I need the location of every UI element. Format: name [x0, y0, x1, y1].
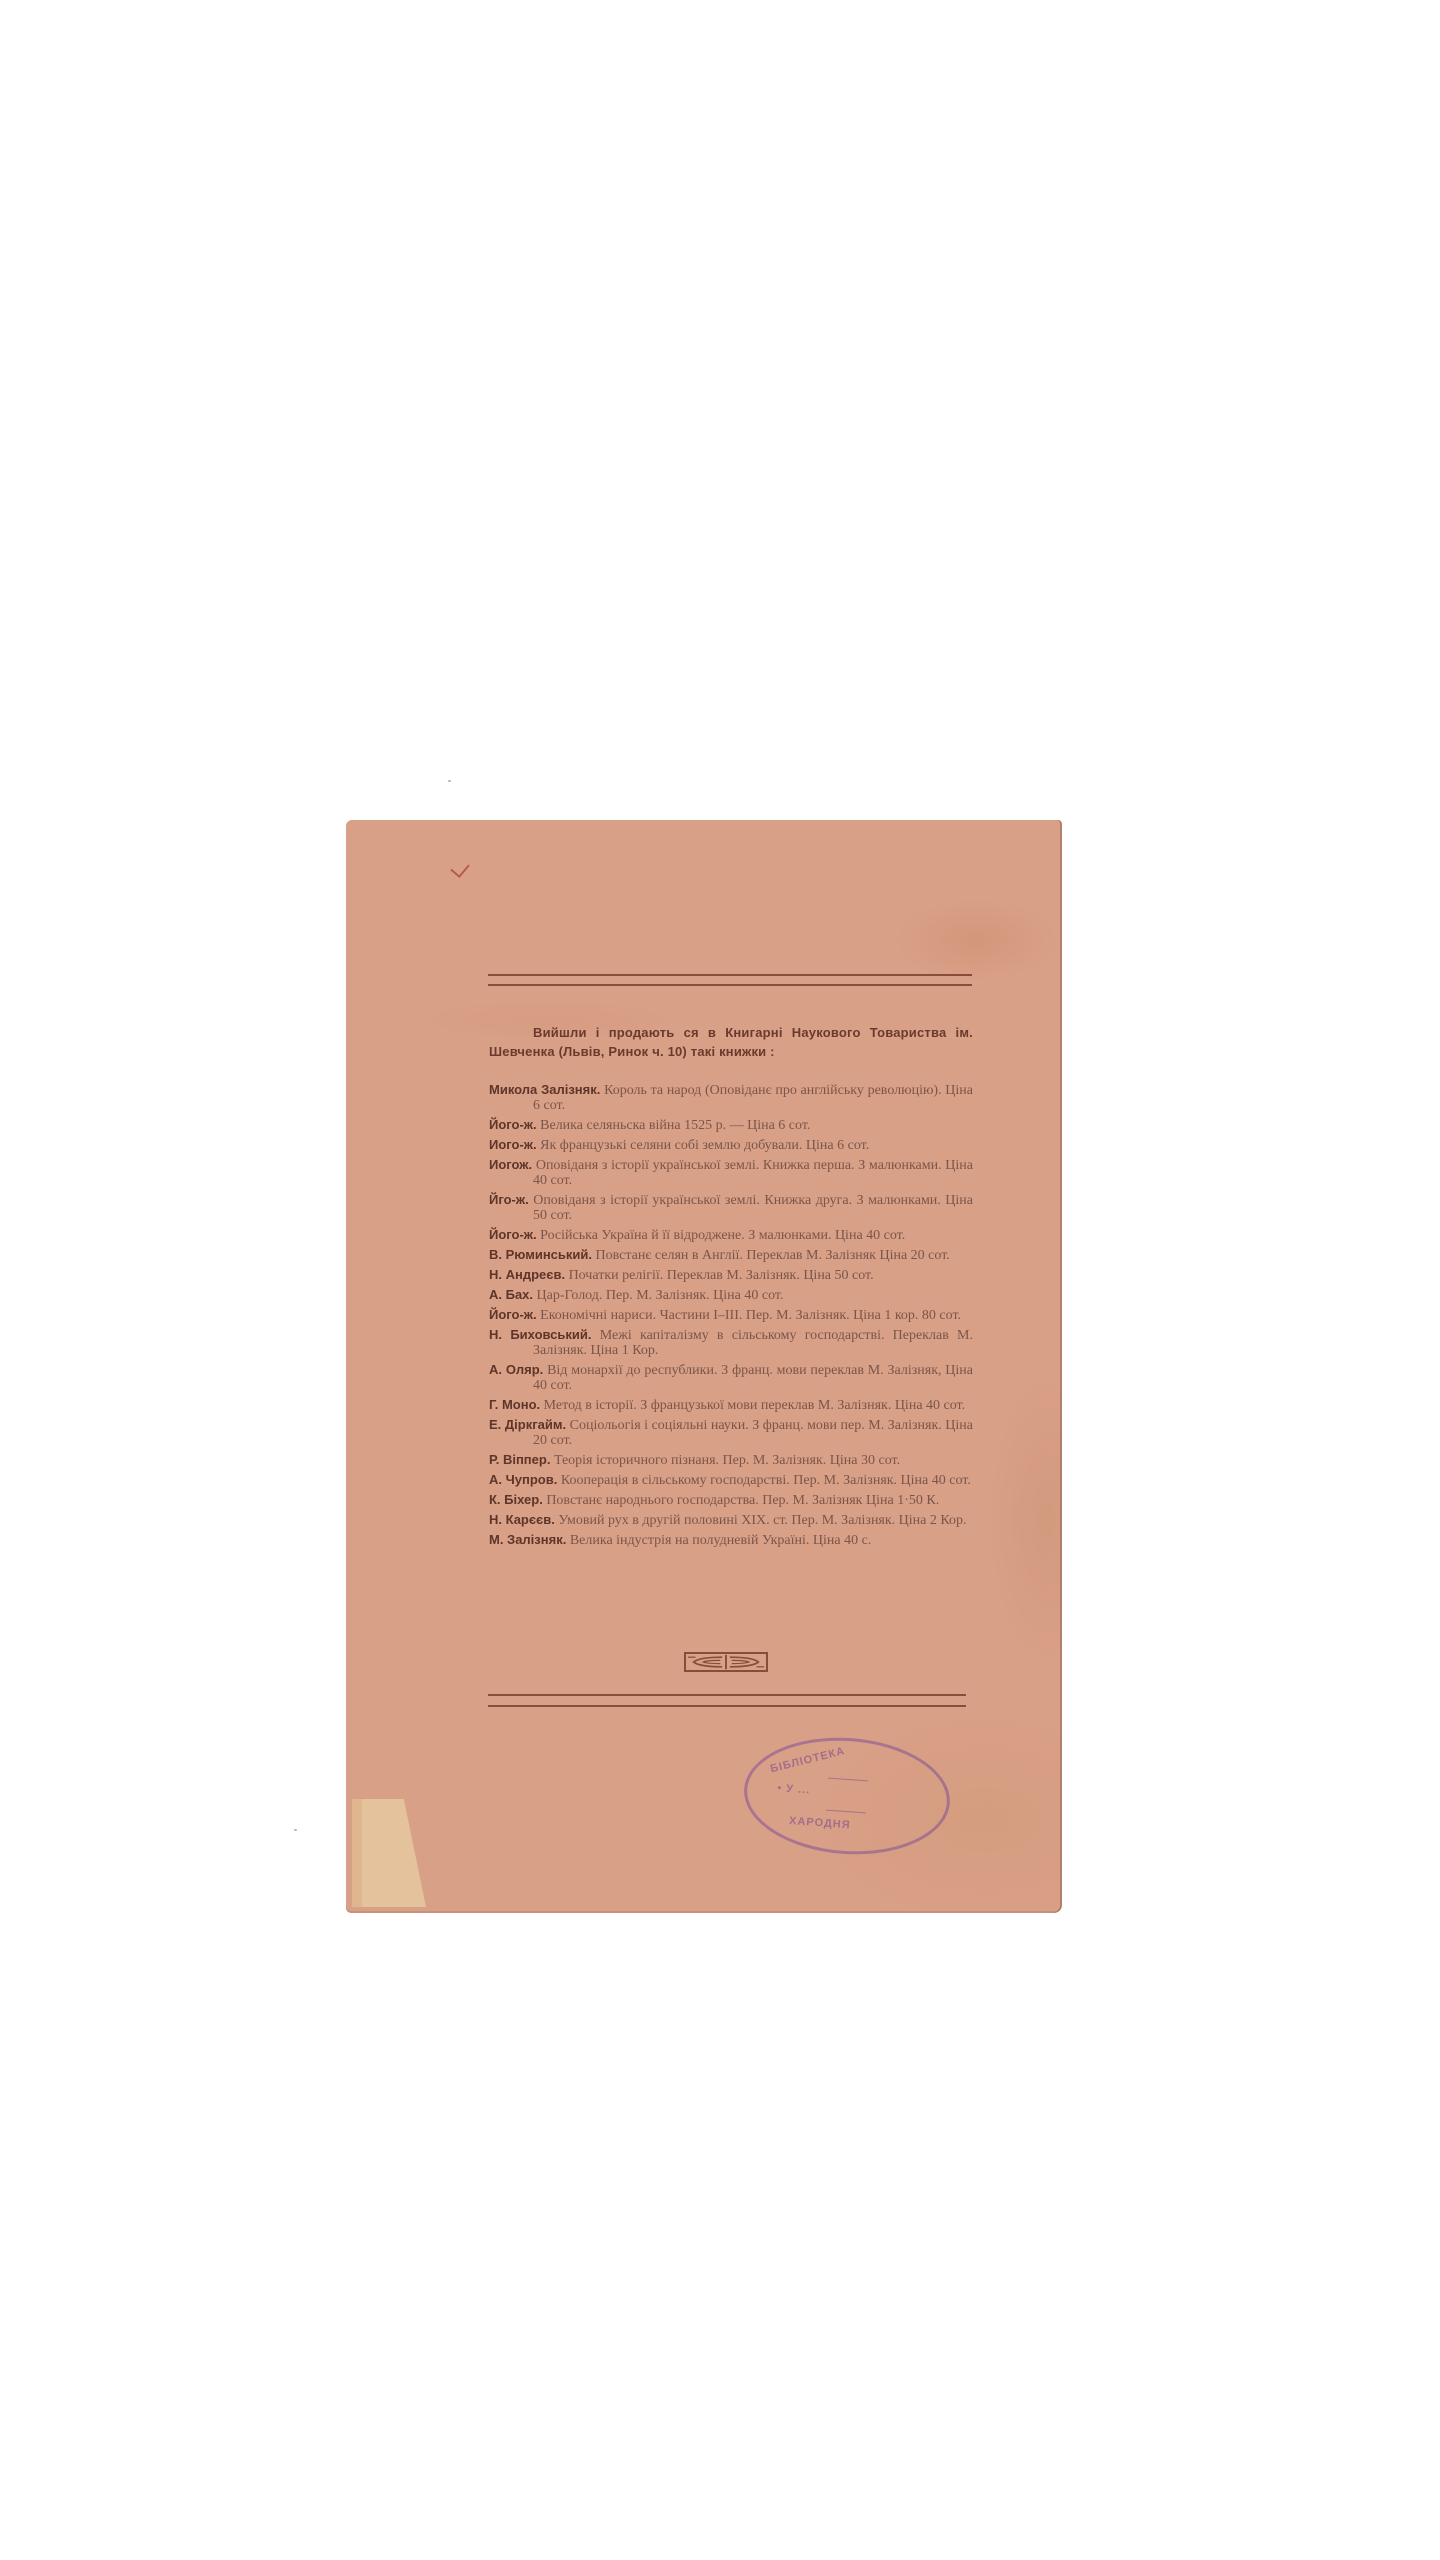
list-item: Микола Залізняк. Король та народ (Оповід… [489, 1082, 973, 1113]
entry-text: Умовий рух в другій половині XIX. ст. Пе… [558, 1513, 966, 1528]
top-rule-1 [488, 974, 972, 976]
stamp-divider [828, 1778, 868, 1782]
entry-author: Н. Карєєв. [489, 1512, 555, 1527]
entry-text: Велика індустрія на полудневій Україні. … [570, 1533, 872, 1548]
list-item: М. Залізняк. Велика індустрія на полудне… [489, 1532, 973, 1548]
entry-text: Російська Україна й її відроджене. З мал… [540, 1228, 905, 1243]
entry-author: М. Залізняк. [489, 1532, 566, 1547]
list-item: А. Бах. Цар-Голод. Пер. М. Залізняк. Цін… [489, 1287, 973, 1303]
entry-author: Н. Биховський. [489, 1327, 592, 1342]
bottom-rule-1 [488, 1694, 966, 1696]
list-item: Иого-ж. Як французькі селяни собі землю … [489, 1137, 973, 1153]
entry-text: Теорія історичного пізнаня. Пер. М. Залі… [554, 1453, 900, 1468]
dust-speck [294, 1829, 297, 1831]
entry-author: Н. Андреєв. [489, 1267, 565, 1282]
entry-text: Економічні нариси. Частини I–III. Пер. М… [540, 1308, 961, 1323]
entry-text: Від монархії до республики. З франц. мов… [533, 1363, 973, 1393]
list-item: Р. Віппер. Теорія історичного пізнаня. П… [489, 1452, 973, 1468]
entry-author: Р. Віппер. [489, 1452, 550, 1467]
entry-author: Його-ж. [489, 1117, 537, 1132]
book-back-cover: Вийшли і продають ся в Книгарні Науковог… [346, 820, 1062, 1913]
ornament-emblem-icon [684, 1652, 768, 1672]
entry-text: Початки релігії. Переклав М. Залізняк. Ц… [569, 1268, 874, 1283]
entry-text: Цар-Голод. Пер. М. Залізняк. Ціна 40 сот… [537, 1288, 784, 1303]
bottom-rule-2 [488, 1705, 966, 1707]
stamp-line-2: • У ... [777, 1782, 811, 1796]
entry-author: А. Оляр. [489, 1362, 543, 1377]
entry-author: Г. Моно. [489, 1397, 540, 1412]
entry-text: Межі капіталізму в сільському господарст… [533, 1328, 973, 1358]
entry-author: Його-ж. [489, 1307, 537, 1322]
stamp-line-3: ХАРОДНЯ [789, 1815, 851, 1831]
pencil-check-mark-icon [450, 858, 469, 878]
library-stamp: БІБЛІОТЕКА • У ... ХАРОДНЯ [740, 1731, 954, 1861]
entry-author: Його-ж. [489, 1227, 537, 1242]
entry-text: Оповіданя з історії української землі. К… [533, 1193, 973, 1223]
entry-text: Оповіданя з історії української землі. К… [533, 1158, 973, 1188]
list-item: Н. Андреєв. Початки релігії. Переклав М.… [489, 1267, 973, 1283]
entry-text: Метод в історії. З французької мови пере… [544, 1398, 965, 1413]
list-item: Иогож. Оповіданя з історії української з… [489, 1157, 973, 1188]
entry-author: Микола Залізняк. [489, 1082, 600, 1097]
list-item: Е. Діркгайм. Соціольогія і соціяльні нау… [489, 1417, 973, 1448]
top-rule-2 [488, 984, 972, 986]
list-item: Його-ж. Російська Україна й її відроджен… [489, 1227, 973, 1243]
entry-author: Е. Діркгайм. [489, 1417, 566, 1432]
list-item: К. Біхер. Повстанє народнього господарст… [489, 1492, 973, 1508]
list-item: Його-ж. Економічні нариси. Частини I–III… [489, 1307, 973, 1323]
list-item: Н. Биховський. Межі капіталізму в сільсь… [489, 1327, 973, 1358]
entry-text: Повстанє селян в Англії. Переклав М. Зал… [596, 1248, 950, 1263]
entry-author: А. Чупров. [489, 1472, 557, 1487]
list-item: Його-ж. Велика селяньска війна 1525 р. —… [489, 1117, 973, 1133]
stamp-line-1: БІБЛІОТЕКА [769, 1745, 846, 1775]
book-list: Микола Залізняк. Король та народ (Оповід… [489, 1082, 973, 1552]
list-item: Г. Моно. Метод в історії. З французької … [489, 1397, 973, 1413]
list-item: А. Чупров. Кооперація в сільському госпо… [489, 1472, 973, 1488]
entry-author: Йго-ж. [489, 1192, 529, 1207]
entry-author: В. Рюминський. [489, 1247, 592, 1262]
entry-author: Иого-ж. [489, 1137, 537, 1152]
entry-text: Як французькі селяни собі землю добували… [540, 1138, 869, 1153]
stamp-divider [826, 1810, 866, 1814]
entry-author: К. Біхер. [489, 1492, 543, 1507]
entry-text: Кооперація в сільському господарстві. Пе… [561, 1473, 971, 1488]
entry-text: Велика селяньска війна 1525 р. — Ціна 6 … [540, 1118, 810, 1133]
dust-speck [448, 780, 451, 782]
list-item: Йго-ж. Оповіданя з історії української з… [489, 1192, 973, 1223]
spine-tape-patch [352, 1799, 426, 1907]
entry-author: А. Бах. [489, 1287, 533, 1302]
entry-text: Повстанє народнього господарства. Пер. М… [546, 1493, 939, 1508]
entry-author: Иогож. [489, 1157, 532, 1172]
list-item: В. Рюминський. Повстанє селян в Англії. … [489, 1247, 973, 1263]
list-item: Н. Карєєв. Умовий рух в другій половині … [489, 1512, 973, 1528]
entry-text: Соціольогія і соціяльні науки. З франц. … [533, 1418, 973, 1448]
list-item: А. Оляр. Від монархії до республики. З ф… [489, 1362, 973, 1393]
announcement-heading: Вийшли і продають ся в Книгарні Науковог… [489, 1023, 973, 1061]
